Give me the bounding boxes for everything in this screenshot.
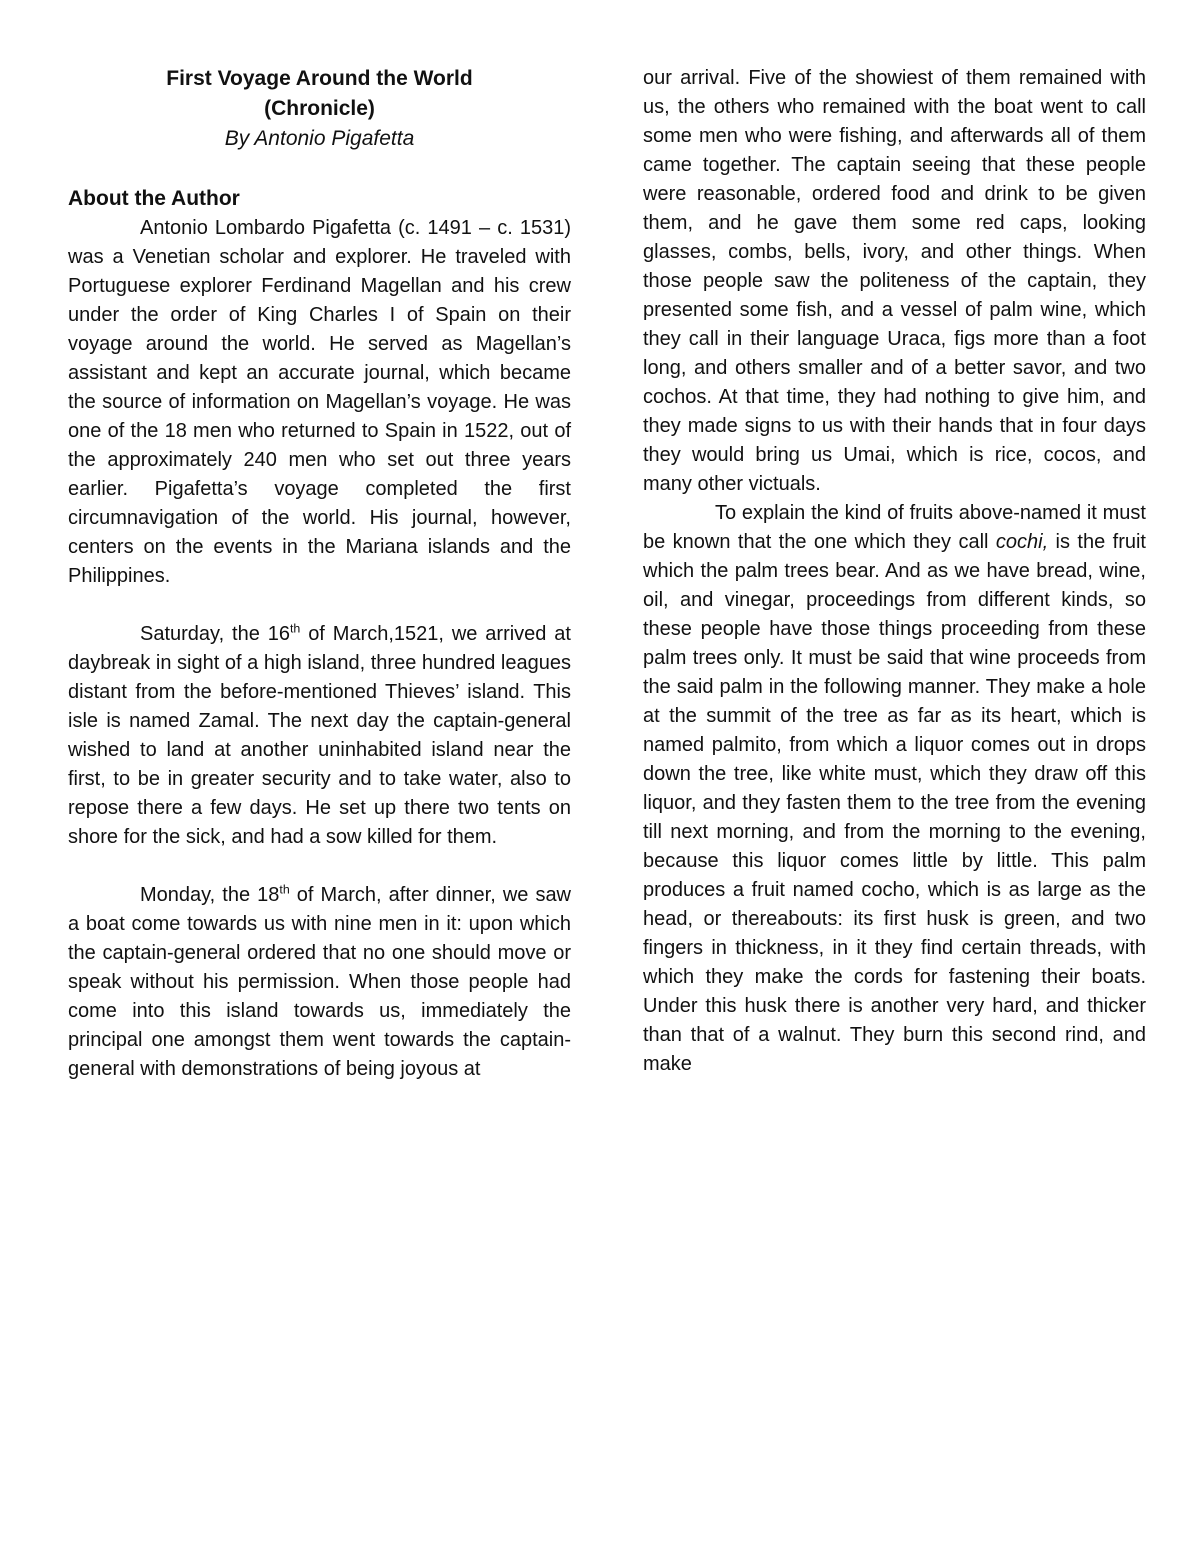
paragraph-fruits: To explain the kind of fruits above-name… bbox=[643, 499, 1146, 1079]
right-column: our arrival. Five of the showiest of the… bbox=[643, 64, 1146, 1513]
italic-cochi: cochi, bbox=[996, 531, 1048, 553]
superscript-th: th bbox=[290, 621, 300, 635]
paragraph-about-author: Antonio Lombardo Pigafetta (c. 1491 – c.… bbox=[68, 214, 571, 591]
paragraph-monday: Monday, the 18th of March, after dinner,… bbox=[68, 881, 571, 1084]
monday-text-rest: of March, after dinner, we saw a boat co… bbox=[68, 884, 571, 1080]
superscript-th: th bbox=[279, 882, 289, 896]
paragraph-arrival: our arrival. Five of the showiest of the… bbox=[643, 64, 1146, 499]
about-author-text: Antonio Lombardo Pigafetta (c. 1491 – c.… bbox=[68, 217, 571, 587]
document-title-line1: First Voyage Around the World bbox=[68, 64, 571, 94]
paragraph-saturday: Saturday, the 16th of March,1521, we arr… bbox=[68, 620, 571, 852]
saturday-text-rest: of March,1521, we arrived at daybreak in… bbox=[68, 623, 571, 848]
byline: By Antonio Pigafetta bbox=[68, 124, 571, 154]
section-heading: About the Author bbox=[68, 184, 571, 214]
arrival-text: our arrival. Five of the showiest of the… bbox=[643, 67, 1146, 495]
saturday-text-start: Saturday, the 16 bbox=[140, 623, 290, 645]
monday-text-start: Monday, the 18 bbox=[140, 884, 279, 906]
document-title-line2: (Chronicle) bbox=[68, 94, 571, 124]
left-column: First Voyage Around the World (Chronicle… bbox=[68, 64, 571, 1513]
document-page: First Voyage Around the World (Chronicle… bbox=[0, 0, 1200, 1553]
fruits-text-rest: is the fruit which the palm trees bear. … bbox=[643, 531, 1146, 1075]
